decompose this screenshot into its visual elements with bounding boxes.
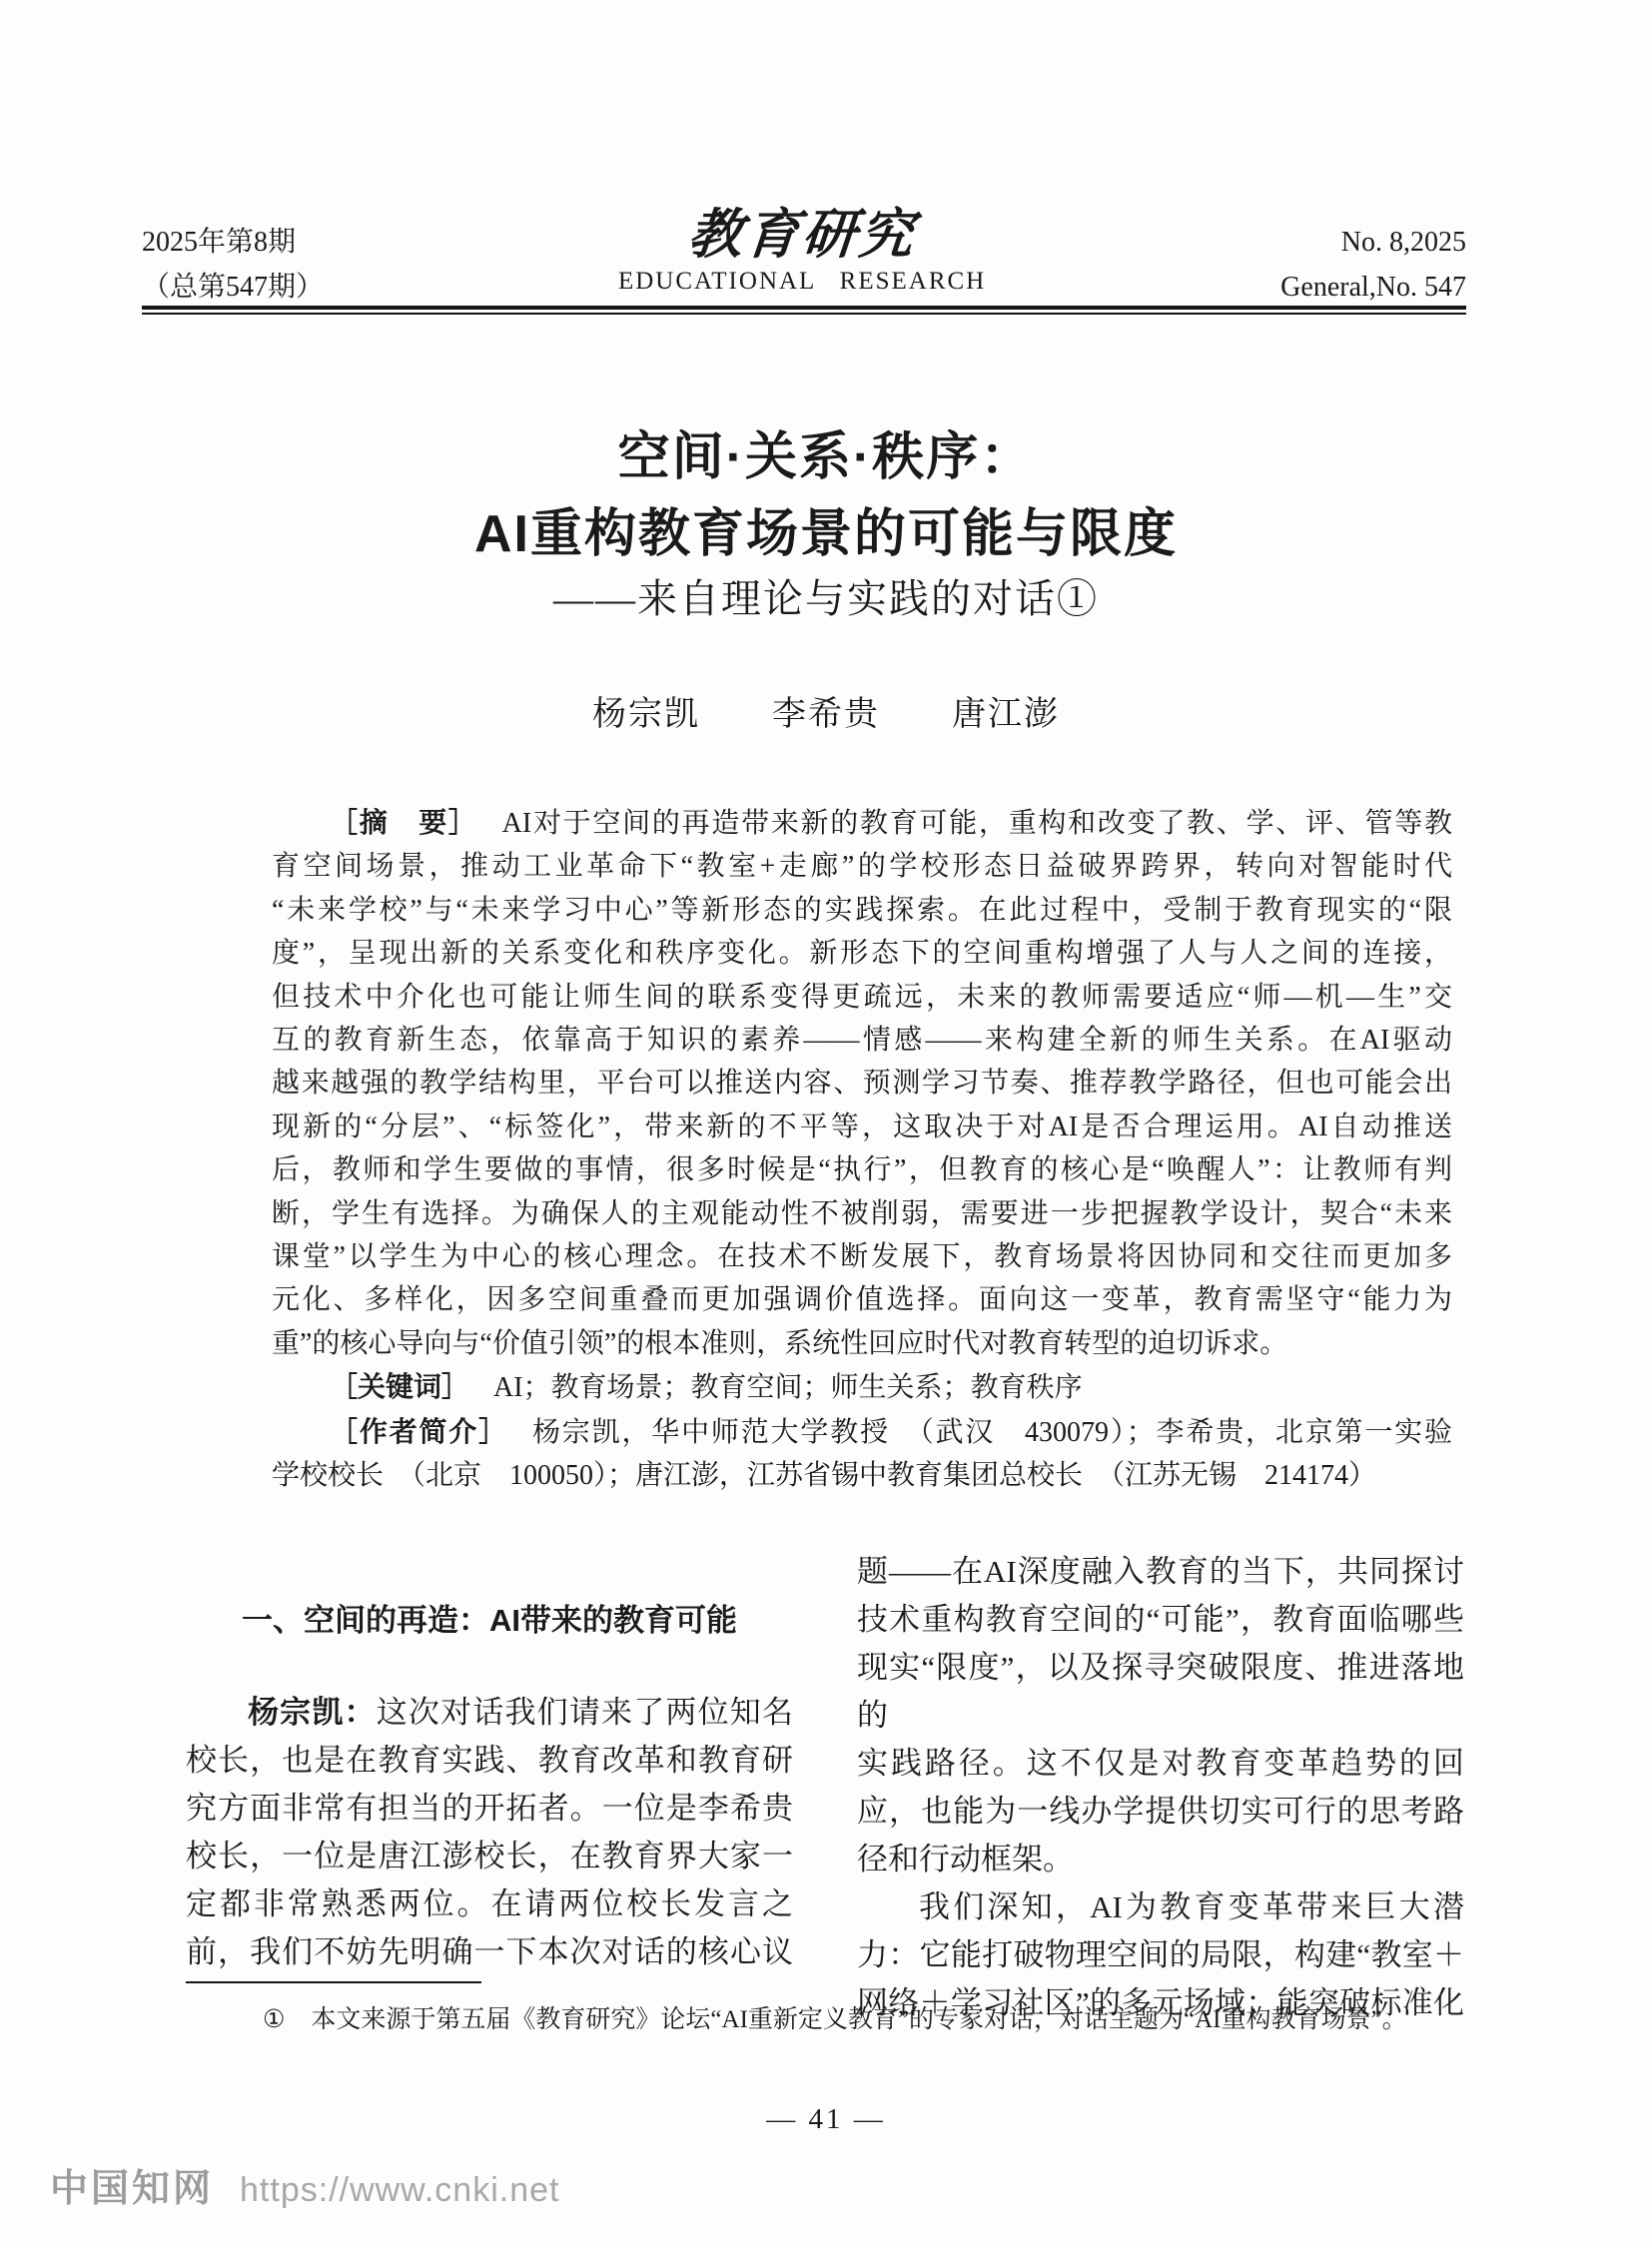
footnote: ①本文来源于第五届《教育研究》论坛“AI重新定义教育”的专家对话，对话主题为“A… [186,2003,1466,2037]
article-authors: 杨宗凯 李希贵 唐江澎 [0,693,1652,737]
author-bio-label: ［作者简介］ [330,1416,508,1447]
abstract-line: 现新的“分层”、“标签化”，带来新的不平等，这取决于对AI是否合理运用。AI自动… [272,1106,1452,1148]
article-title-line2: AI重构教育场景的可能与限度 [0,504,1652,564]
abstract-line: 元化、多样化，因多空间重叠而更加强调价值选择。面向这一变革，教育需坚守“能力为 [272,1278,1452,1321]
body-line: 校长，也是在教育实践、教育改革和教育研 [186,1737,793,1785]
journal-issue-en: No. 8,2025 [1280,220,1466,265]
body-line-text: 这次对话我们请来了两位知名 [377,1695,793,1730]
journal-issue-block-en: No. 8,2025 General,No. 547 [1280,220,1466,310]
journal-header: 2025年第8期 （总第547期） 教育研究 EDUCATIONAL RESEA… [142,220,1466,310]
keywords-text: AI；教育场景；教育空间；师生关系；教育秩序 [493,1372,1083,1403]
section-heading: 一、空间的再造：AI带来的教育可能 [186,1600,793,1642]
article-title-block: 空间·关系·秩序： AI重构教育场景的可能与限度 ——来自理论与实践的对话① 杨… [0,427,1652,737]
abstract-line: “未来学校”与“未来学习中心”等新形态的实践探索。在此过程中，受制于教育现实的“… [272,889,1452,932]
journal-issue-total-cn: （总第547期） [142,265,324,310]
keywords-line: ［关键词］AI；教育场景；教育空间；师生关系；教育秩序 [272,1365,1452,1409]
author-bio-line: 学校校长 （北京 100050）；唐江澎，江苏省锡中教育集团总校长 （江苏无锡 … [272,1454,1452,1497]
footnote-rule [186,1981,481,1983]
abstract-line: 但技术中介化也可能让师生间的联系变得更疏远，未来的教师需要适应“师—机—生”交 [272,976,1452,1019]
body-line: 定都非常熟悉两位。在请两位校长发言之 [186,1880,793,1928]
journal-issue-block-cn: 2025年第8期 （总第547期） [142,220,324,310]
footnote-text: 本文来源于第五届《教育研究》论坛“AI重新定义教育”的专家对话，对话主题为“AI… [311,2006,1406,2033]
left-column: 一、空间的再造：AI带来的教育可能 杨宗凯：这次对话我们请来了两位知名 校长，也… [186,1600,793,1976]
abstract-line: 越来越强的教学结构里，平台可以推送内容、预测学习节奏、推荐教学路径，但也可能会出 [272,1062,1452,1105]
abstract-line: 断，学生有选择。为确保人的主观能动性不被削弱，需要进一步把握教学设计，契合“未来 [272,1192,1452,1235]
abstract-line: 课堂”以学生为中心的核心理念。在技术不断发展下，教育场景将因协同和交往而更加多 [272,1235,1452,1278]
journal-logo-cn: 教育研究 [615,204,989,264]
journal-logo-en: EDUCATIONAL RESEARCH [618,268,986,296]
author-bio-text: 杨宗凯，华中师范大学教授 （武汉 430079）；李希贵，北京第一实验 [532,1417,1452,1448]
journal-issue-cn: 2025年第8期 [142,220,324,265]
right-column: 题——在AI深度融入教育的当下，共同探讨 技术重构教育空间的“可能”，教育面临哪… [857,1548,1464,2027]
body-line: 力：它能打破物理空间的局限，构建“教室＋ [857,1931,1464,1979]
body-line: 技术重构教育空间的“可能”，教育面临哪些 [857,1596,1464,1644]
body-line: 径和行动框架。 [857,1836,1464,1883]
abstract-line: ［摘 要］AI对于空间的再造带来新的教育可能，重构和改变了教、学、评、管等教 [272,801,1452,845]
speaker-name: 杨宗凯： [248,1695,377,1730]
journal-issue-total-en: General,No. 547 [1280,265,1466,310]
article-title-line1: 空间·关系·秩序： [0,427,1652,487]
cnki-url: https://www.cnki.net [240,2171,559,2210]
body-line: 应，也能为一线办学提供切实可行的思考路 [857,1788,1464,1836]
body-line: 校长，一位是唐江澎校长，在教育界大家一 [186,1833,793,1880]
body-line: 实践路径。这不仅是对教育变革趋势的回 [857,1740,1464,1788]
footnote-marker: ① [263,2006,285,2033]
abstract-line: 重”的核心导向与“价值引领”的根本准则，系统性回应时代对教育转型的迫切诉求。 [272,1322,1452,1365]
abstract-line-text: AI对于空间的再造带来新的教育可能，重构和改变了教、学、评、管等教 [502,808,1452,839]
cnki-site-name: 中国知网 [50,2157,214,2212]
cnki-watermark: 中国知网 https://www.cnki.net [50,2157,559,2212]
body-line: 杨宗凯：这次对话我们请来了两位知名 [186,1689,793,1737]
author-bio-line: ［作者简介］杨宗凯，华中师范大学教授 （武汉 430079）；李希贵，北京第一实… [272,1410,1452,1454]
journal-page: 2025年第8期 （总第547期） 教育研究 EDUCATIONAL RESEA… [0,0,1652,2242]
abstract-line: 互的教育新生态，依靠高于知识的素养——情感——来构建全新的师生关系。在AI驱动 [272,1019,1452,1062]
body-line: 现实“限度”，以及探寻突破限度、推进落地的 [857,1644,1464,1740]
page-number: — 41 — [0,2103,1652,2136]
left-column-paragraph: 杨宗凯：这次对话我们请来了两位知名 校长，也是在教育实践、教育改革和教育研 究方… [186,1689,793,1976]
body-line: 我们深知，AI为教育变革带来巨大潜 [857,1883,1464,1931]
journal-logo-block: 教育研究 EDUCATIONAL RESEARCH [618,204,986,296]
body-line: 究方面非常有担当的开拓者。一位是李希贵 [186,1785,793,1833]
article-subtitle: ——来自理论与实践的对话① [0,577,1652,621]
keywords-label: ［关键词］ [330,1371,469,1402]
abstract-label: ［摘 要］ [330,807,478,838]
body-line: 前，我们不妨先明确一下本次对话的核心议 [186,1928,793,1976]
body-line: 题——在AI深度融入教育的当下，共同探讨 [857,1548,1464,1596]
header-double-rule [142,306,1466,315]
abstract-line: 后，教师和学生要做的事情，很多时候是“执行”，但教育的核心是“唤醒人”：让教师有… [272,1148,1452,1191]
abstract-block: ［摘 要］AI对于空间的再造带来新的教育可能，重构和改变了教、学、评、管等教 育… [272,801,1452,1498]
abstract-line: 育空间场景，推动工业革命下“教室+走廊”的学校形态日益破界跨界，转向对智能时代 [272,845,1452,888]
abstract-line: 度”，呈现出新的关系变化和秩序变化。新形态下的空间重构增强了人与人之间的连接， [272,932,1452,975]
